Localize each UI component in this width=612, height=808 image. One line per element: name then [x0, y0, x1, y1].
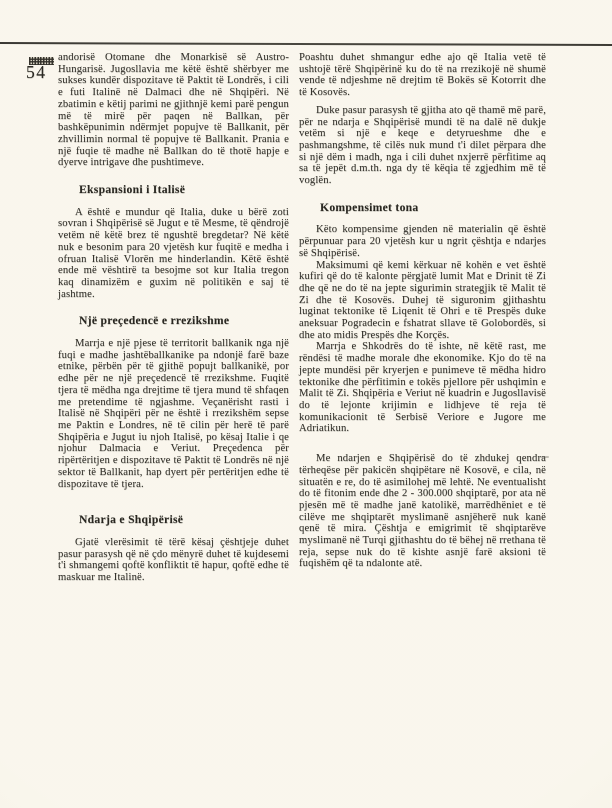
header-rule — [0, 42, 612, 46]
paragraph: Këto kompensime gjenden në materialin që… — [299, 224, 546, 259]
page-number: 54 — [26, 62, 47, 83]
paragraph-continuation: andorisë Otomane dhe Monarkisë së Austro… — [58, 52, 289, 169]
left-column: andorisë Otomane dhe Monarkisë së Austro… — [58, 52, 289, 584]
paragraph: A është e mundur që Italia, duke u bërë … — [58, 207, 289, 301]
paragraph: Maksimumi që kemi kërkuar në kohën e vet… — [299, 260, 546, 342]
paragraph: Marrja e Shkodrës do të ishte, në këtë r… — [299, 341, 546, 435]
section-heading-ekspansioni: Ekspansioni i Italisë — [79, 184, 289, 196]
paragraph-continuation: Poashtu duhet shmangur edhe ajo që Itali… — [299, 52, 546, 99]
section-heading-kompensimet: Kompensimet tona — [320, 202, 546, 214]
paragraph: Gjatë vlerësimit të tërë kësaj çështjeje… — [58, 537, 289, 584]
scan-noise-speck — [541, 456, 549, 458]
section-heading-ndarja: Ndarja e Shqipërisë — [79, 514, 289, 526]
scanned-book-page: 54 andorisë Otomane dhe Monarkisë së Aus… — [0, 0, 612, 808]
paragraph: Me ndarjen e Shqipërisë do të zhdukej qe… — [299, 453, 546, 570]
paragraph: Duke pasur parasysh të gjitha ato që tha… — [299, 105, 546, 187]
right-column: Poashtu duhet shmangur edhe ajo që Itali… — [299, 52, 546, 570]
section-heading-precedence: Një preçedencë e rrezikshme — [79, 315, 289, 327]
paragraph: Marrja e një pjese të territorit ballkan… — [58, 338, 289, 490]
